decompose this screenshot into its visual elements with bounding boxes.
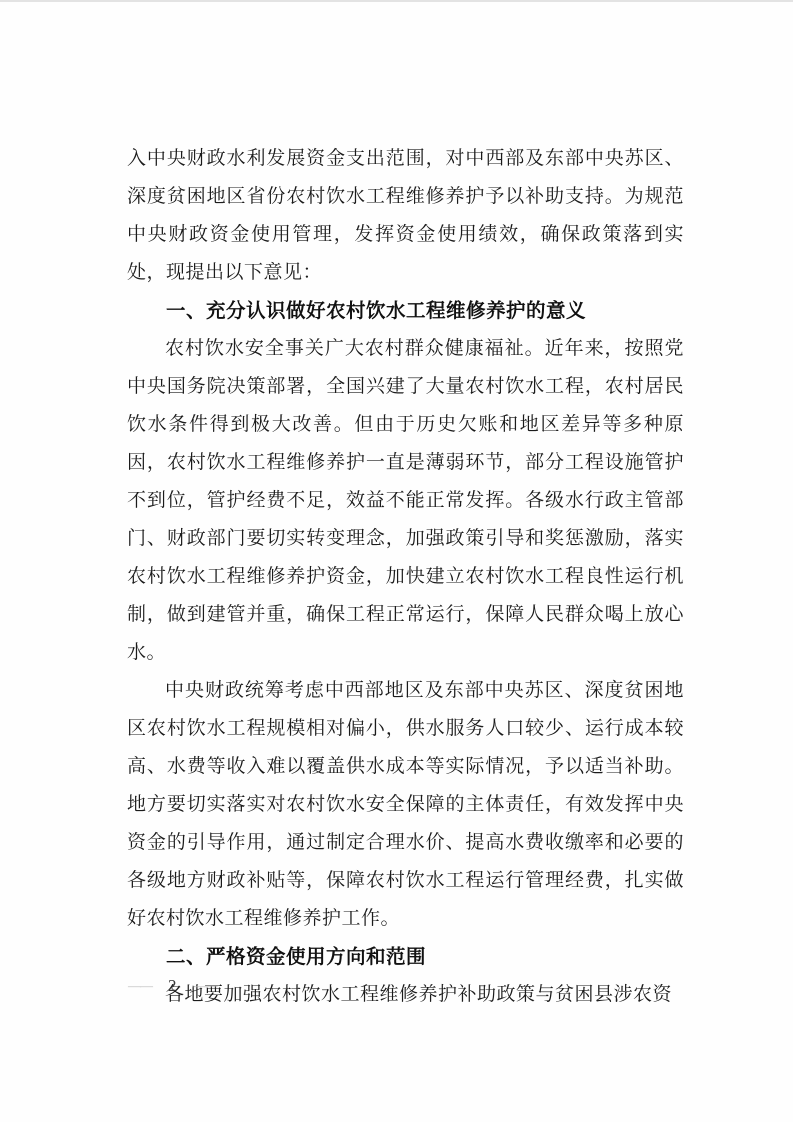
page-number: 2 xyxy=(168,976,177,996)
footer-right-dash: —— xyxy=(193,978,217,994)
document-page: 入中央财政水利发展资金支出范围，对中西部及东部中央苏区、深度贫困地区省份农村饮水… xyxy=(0,0,793,1122)
page-footer: —— 2 —— xyxy=(128,976,217,996)
section-heading-2: 二、严格资金使用方向和范围 xyxy=(127,938,684,976)
paragraph-significance: 农村饮水安全事关广大农村群众健康福祉。近年来，按照党中央国务院决策部署，全国兴建… xyxy=(127,330,684,672)
section-heading-1: 一、充分认识做好农村饮水工程维修养护的意义 xyxy=(127,292,684,330)
scan-edge-shadow xyxy=(0,0,793,2)
footer-left-dash: —— xyxy=(128,978,152,994)
document-body: 入中央财政水利发展资金支出范围，对中西部及东部中央苏区、深度贫困地区省份农村饮水… xyxy=(127,140,684,1014)
paragraph-continuation: 入中央财政水利发展资金支出范围，对中西部及东部中央苏区、深度贫困地区省份农村饮水… xyxy=(127,140,684,292)
paragraph-central-finance: 中央财政统筹考虑中西部地区及东部中央苏区、深度贫困地区农村饮水工程规模相对偏小，… xyxy=(127,672,684,938)
